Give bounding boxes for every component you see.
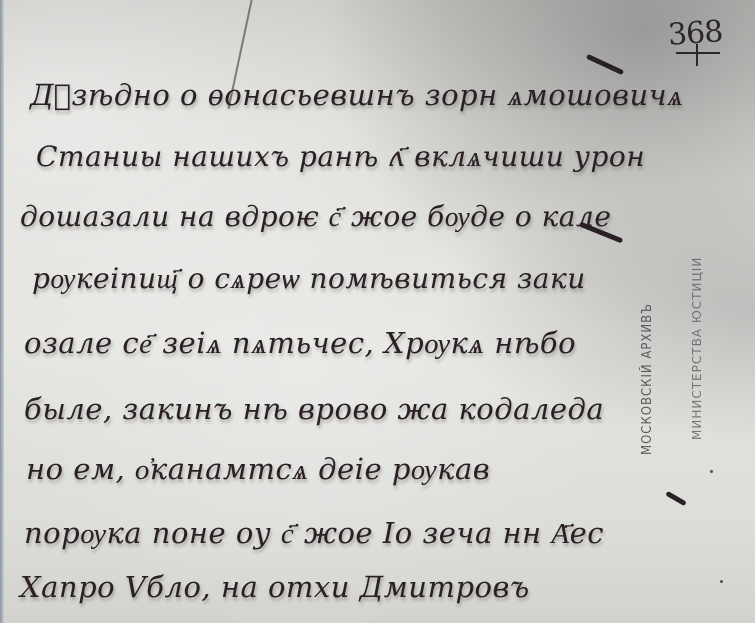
text-line-3: дошазали на вдроѥ с҃ жое бѹде о кале (20, 200, 611, 234)
ink-stroke (586, 54, 624, 75)
archive-stamp-line-2: МИНИСТЕРСТВА ЮСТИЦІИ (690, 257, 704, 440)
text-line-6: быле, закинъ нѣ врово жа кодаледа (24, 392, 604, 426)
manuscript-page: 368 Д꙯зѣдно о ѳонасьевшнъ зорн ѧмошовичѧ… (0, 0, 755, 623)
text-line-7: но ем, о҆канамтсѧ деіе рѹкав (26, 452, 490, 487)
folio-cross-mark (676, 52, 720, 54)
ink-stroke (665, 491, 687, 506)
text-line-8: порѹка поне оу с҃ жое Iо зеча нн А҃ес (24, 516, 604, 551)
text-line-1: Д꙯зѣдно о ѳонасьевшнъ зорн ѧмошовичѧ (30, 78, 683, 113)
archive-stamp-line-1: МОСКОВСКІЙ АРХИВЪ (640, 303, 655, 455)
text-line-9: Хапро Vбло, на отхи Дмитровъ (20, 570, 530, 604)
ink-dot (710, 470, 713, 473)
text-line-4: рѹкеіпищ҃ о сѧреѡ помѣвиться заки (32, 262, 586, 296)
text-line-5: озале се҃ зеіѧ пѧтьчес, Хрѹкѧ нѣбо (24, 326, 576, 361)
text-line-2: Станиы нашихъ ранѣ ʌ҃ вклѧчиши урон (36, 140, 645, 174)
page-edge (0, 0, 4, 623)
ink-dot (720, 580, 723, 583)
